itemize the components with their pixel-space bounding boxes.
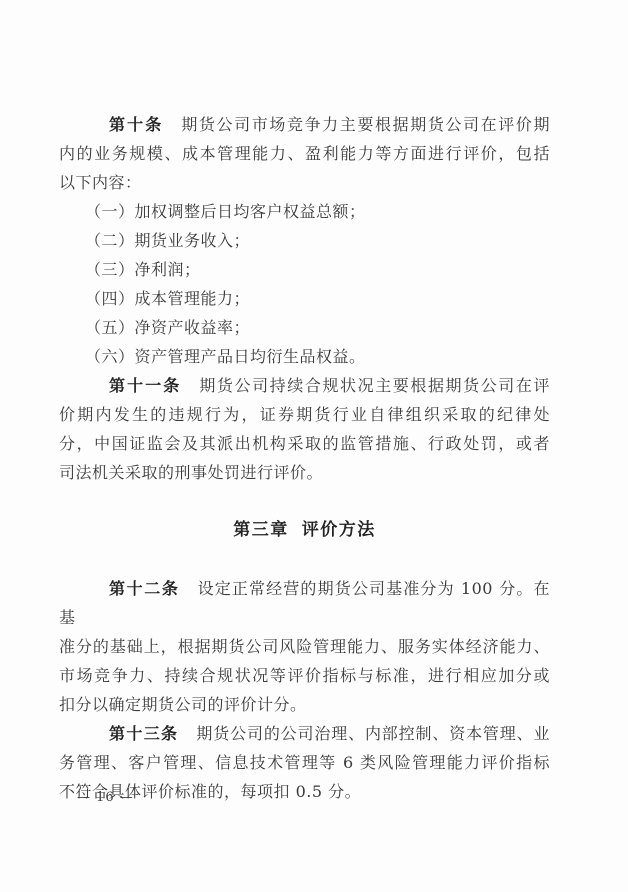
chapter-title: 评价方法 [302,520,376,540]
article-11-line-4: 司法机关采取的刑事处罚进行评价。 [59,458,550,487]
article-11-line-2: 价期内发生的违规行为，证券期货行业自律组织采取的纪律处 [59,400,550,429]
article-13-label: 第十三条 [109,724,178,743]
article-12-line-3: 市场竞争力、持续合规状况等评价指标与标准，进行相应加分或 [59,661,550,690]
article-12: 第十二条设定正常经营的期货公司基准分为 100 分。在基 准分的基础上，根据期货… [59,574,550,719]
article-10-first-line: 第十条期货公司市场竞争力主要根据期货公司在评价期 [59,110,550,139]
page-number-text: — 16 — [77,790,134,805]
list-item-6: （六）资产管理产品日均衍生品权益。 [59,342,550,371]
chapter-number: 第三章 [233,520,289,540]
page-content: 第十条期货公司市场竞争力主要根据期货公司在评价期 内的业务规模、成本管理能力、盈… [59,110,550,806]
list-item-1: （一）加权调整后日均客户权益总额； [59,197,550,226]
article-11-first-line-text: 期货公司持续合规状况主要根据期货公司在评 [199,376,550,395]
article-10: 第十条期货公司市场竞争力主要根据期货公司在评价期 内的业务规模、成本管理能力、盈… [59,110,550,197]
article-10-label: 第十条 [109,115,163,134]
evaluation-items-list: （一）加权调整后日均客户权益总额； （二）期货业务收入； （三）净利润； （四）… [59,197,550,371]
article-10-first-line-text: 期货公司市场竞争力主要根据期货公司在评价期 [181,115,550,134]
article-11-first-line: 第十一条期货公司持续合规状况主要根据期货公司在评 [59,371,550,400]
article-12-first-line: 第十二条设定正常经营的期货公司基准分为 100 分。在基 [59,574,550,632]
article-12-label: 第十二条 [109,579,180,598]
article-13-first-line-text: 期货公司的公司治理、内部控制、资本管理、业 [196,724,550,743]
article-10-line-3: 以下内容： [59,168,550,197]
article-10-line-2: 内的业务规模、成本管理能力、盈利能力等方面进行评价，包括 [59,139,550,168]
page-number: — 16 — [77,790,134,805]
article-11-line-3: 分，中国证监会及其派出机构采取的监管措施、行政处罚，或者 [59,429,550,458]
list-item-3: （三）净利润； [59,255,550,284]
chapter-heading: 第三章评价方法 [59,516,550,545]
list-item-4: （四）成本管理能力； [59,284,550,313]
article-12-line-4: 扣分以确定期货公司的评价计分。 [59,690,550,719]
article-13-line-2: 务管理、客户管理、信息技术管理等 6 类风险管理能力评价指标 [59,748,550,777]
list-item-5: （五）净资产收益率； [59,313,550,342]
list-item-2: （二）期货业务收入； [59,226,550,255]
article-11: 第十一条期货公司持续合规状况主要根据期货公司在评 价期内发生的违规行为，证券期货… [59,371,550,487]
article-13-first-line: 第十三条期货公司的公司治理、内部控制、资本管理、业 [59,719,550,748]
article-11-label: 第十一条 [109,376,181,395]
article-12-line-2: 准分的基础上，根据期货公司风险管理能力、服务实体经济能力、 [59,632,550,661]
document-page: 第十条期货公司市场竞争力主要根据期货公司在评价期 内的业务规模、成本管理能力、盈… [0,0,628,892]
